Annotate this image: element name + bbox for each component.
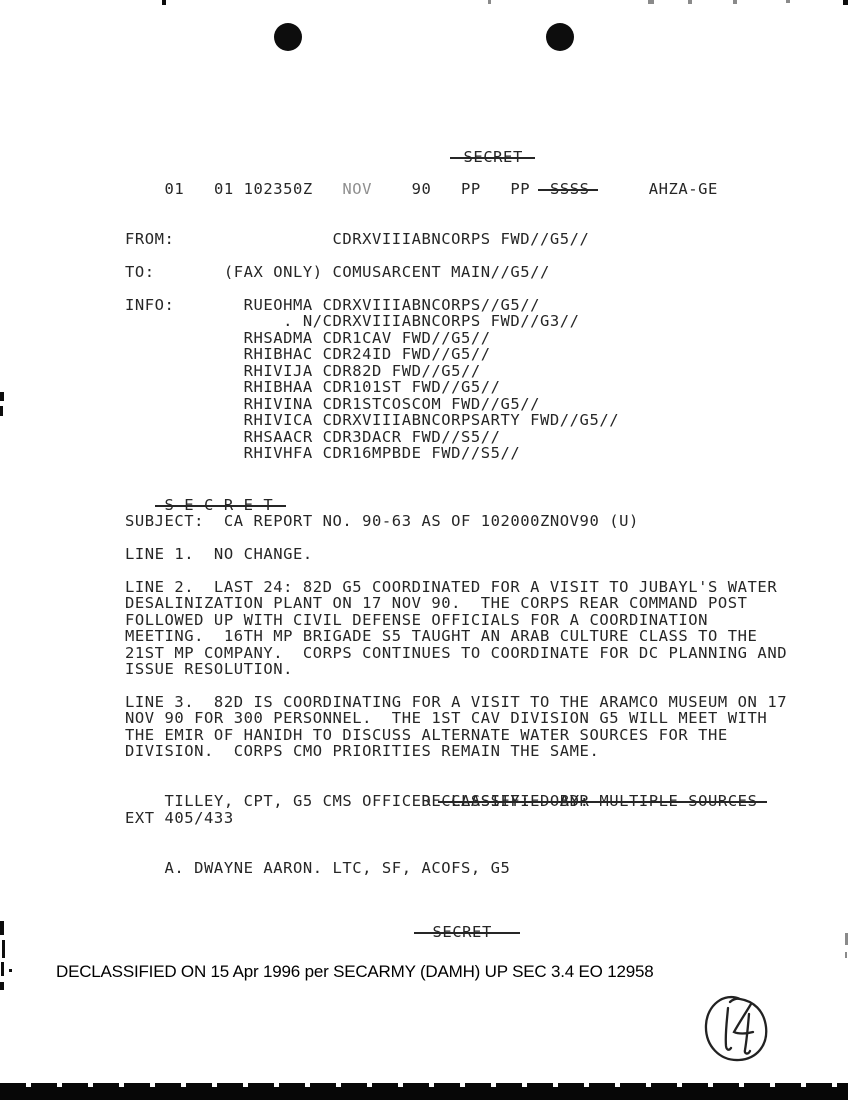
text-line: 21ST MP COMPANY. CORPS CONTINUES TO COOR… xyxy=(125,645,787,661)
text-line: ISSUE RESOLUTION. xyxy=(125,661,787,677)
declassified-stamp: DECLASSIFIED ON 15 Apr 1996 per SECARMY … xyxy=(56,962,653,982)
text-line: RHSAACR CDR3DACR FWD//S5// xyxy=(125,429,619,445)
declassify-line: DECLASSIFY: OADR xyxy=(125,793,589,809)
ext-line: EXT 405/433 xyxy=(125,810,234,826)
text-line: RHIBHAC CDR24ID FWD//G5// xyxy=(125,346,619,362)
text-line: RHIBHAA CDR101ST FWD//G5// xyxy=(125,379,619,395)
text-line: LINE 2. LAST 24: 82D G5 COORDINATED FOR … xyxy=(125,579,787,595)
to-line: TO: (FAX ONLY) COMUSARCENT MAIN//G5// xyxy=(125,264,550,280)
text-line: DESALINIZATION PLANT ON 17 NOV 90. THE C… xyxy=(125,595,787,611)
text-line: RHIVIJA CDR82D FWD//G5// xyxy=(125,363,619,379)
hole-punch-right xyxy=(546,23,574,51)
text-line: RHIVICA CDRXVIIIABNCORPSARTY FWD//G5// xyxy=(125,412,619,428)
from-line: FROM: CDRXVIIIABNCORPS FWD//G5// xyxy=(125,231,589,247)
scan-artifact xyxy=(9,969,12,972)
line1-text: LINE 1. NO CHANGE. xyxy=(125,546,313,562)
text-line: RHSADMA CDR1CAV FWD//G5// xyxy=(125,330,619,346)
scan-artifact xyxy=(648,0,654,4)
scan-artifact xyxy=(0,921,4,935)
message-header-line: 01 01 102350Z NOV 90 PP PP SSSS AHZA-GE xyxy=(125,165,718,214)
scanned-document-page: SECRET 01 01 102350Z NOV 90 PP PP SSSS A… xyxy=(0,0,848,1100)
header-text: 90 PP PP xyxy=(372,180,550,198)
header-text: AHZA-GE xyxy=(589,180,717,198)
scan-artifact xyxy=(843,0,848,5)
text-line: THE EMIR OF HANIDH TO DISCUSS ALTERNATE … xyxy=(125,727,787,743)
secret-marking-struck: SECRET xyxy=(464,149,523,165)
text-line: RHIVHFA CDR16MPBDE FWD//S5// xyxy=(125,445,619,461)
header-month-faded: NOV xyxy=(342,180,372,198)
text-line: INFO: RUEOHMA CDRXVIIIABNCORPS//G5// xyxy=(125,297,619,313)
scan-artifact xyxy=(162,0,166,5)
subject-line: SUBJECT: CA REPORT NO. 90-63 AS OF 10200… xyxy=(125,513,639,529)
scan-artifact xyxy=(786,0,790,3)
info-block: INFO: RUEOHMA CDRXVIIIABNCORPS//G5// . N… xyxy=(125,297,619,461)
scan-artifact xyxy=(688,0,692,4)
text-line: DIVISION. CORPS CMO PRIORITIES REMAIN TH… xyxy=(125,743,787,759)
text-line: . N/CDRXVIIIABNCORPS FWD//G3// xyxy=(125,313,619,329)
scan-artifact xyxy=(733,0,737,4)
classification-bottom: SECRET xyxy=(393,908,492,957)
text-line: LINE 3. 82D IS COORDINATING FOR A VISIT … xyxy=(125,694,787,710)
scan-artifact xyxy=(2,940,5,958)
header-ssss-struck: SSSS xyxy=(550,181,590,197)
scan-artifact xyxy=(1,962,4,976)
bottom-edge-bar xyxy=(0,1087,848,1100)
scan-artifact xyxy=(0,982,4,990)
text-line: MEETING. 16TH MP BRIGADE S5 TAUGHT AN AR… xyxy=(125,628,787,644)
scan-artifact xyxy=(845,952,847,958)
line3-paragraph: LINE 3. 82D IS COORDINATING FOR A VISIT … xyxy=(125,694,787,760)
scan-artifact xyxy=(0,406,3,416)
scan-artifact xyxy=(488,0,491,4)
header-text: 01 01 102350Z xyxy=(165,180,343,198)
line2-paragraph: LINE 2. LAST 24: 82D G5 COORDINATED FOR … xyxy=(125,579,787,678)
approver-line: A. DWAYNE AARON. LTC, SF, ACOFS, G5 xyxy=(125,860,510,876)
text-line: FOLLOWED UP WITH CIVIL DEFENSE OFFICIALS… xyxy=(125,612,787,628)
scan-artifact xyxy=(0,392,4,401)
handwritten-circled-mark xyxy=(700,992,774,1068)
secret-marking-struck: SECRET xyxy=(433,924,492,940)
text-line: RHIVINA CDR1STCOSCOM FWD//G5// xyxy=(125,396,619,412)
text-line: NOV 90 FOR 300 PERSONNEL. THE 1ST CAV DI… xyxy=(125,710,787,726)
hole-punch-left xyxy=(274,23,302,51)
